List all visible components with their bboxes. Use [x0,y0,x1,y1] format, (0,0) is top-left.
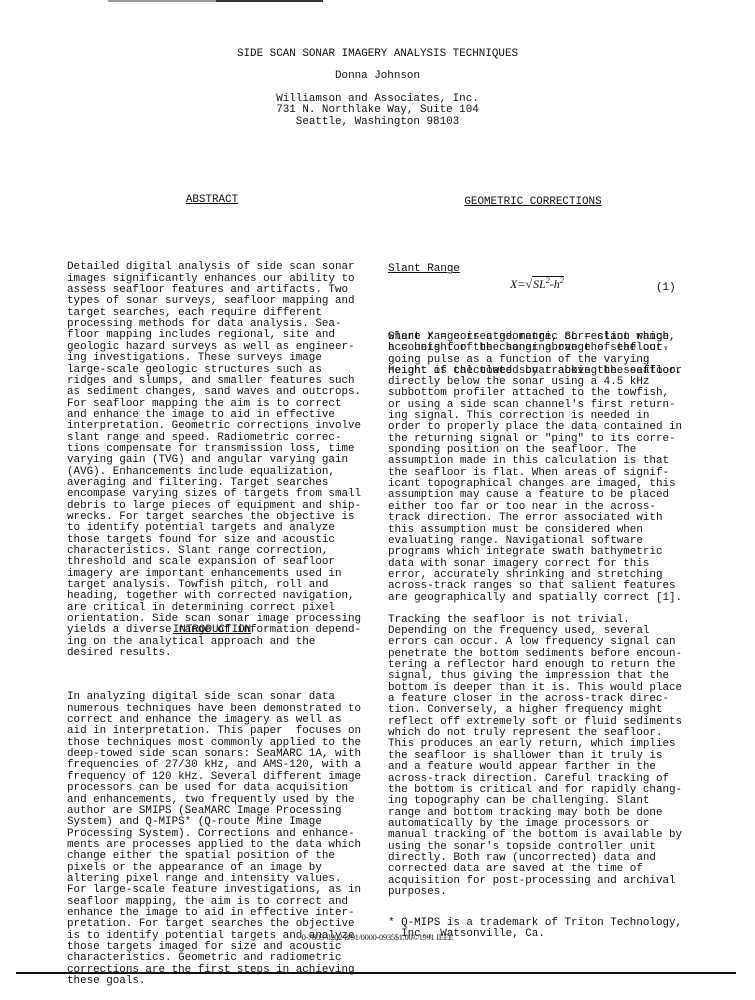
text-line: track direction. The error associated wi… [388,513,688,524]
text-line: as sediment changes, sand waves and outc… [67,387,367,398]
affiliation-line: Seattle, Washington 98103 [0,117,755,128]
text-line: to identify potential targets and analyz… [67,523,367,534]
text-line: these goals. [67,976,367,987]
text-line: characteristics. Geometric and radiometr… [67,953,367,964]
text-line: processors can be used for data acquisit… [67,783,367,794]
text-line: threshold and scale expansion of seafloo… [67,557,367,568]
tracking-paragraph: Tracking the seafloor is not trivial.Dep… [388,592,688,910]
text-line: ing topography can be challenging. Slant [388,796,688,807]
introduction-body: In analyzing digital side scan sonar dat… [67,692,367,987]
text-line: manual tracking of the bottom is availab… [388,830,688,841]
radicand-sl: SL [533,277,546,291]
exponent: 2 [560,276,564,285]
top-rule [108,0,216,2]
bottom-rule [16,972,736,974]
height-text: Height is calculated by tracking the sea… [388,366,688,604]
tracking-text: Tracking the seafloor is not trivial.Dep… [388,615,688,899]
text-line: System) and Q-MIPS* (Q-route Mine Image [67,817,367,828]
geometric-heading: GEOMETRIC CORRECTIONS [464,196,601,208]
affiliation: Williamson and Associates, Inc. 731 N. N… [0,94,755,128]
abstract-section: ABSTRACT Detailed digital analysis of si… [67,172,367,671]
introduction-heading: INTRODUCTION [173,624,251,636]
author-name: Donna Johnson [0,71,755,82]
abstract-heading: ABSTRACT [186,194,238,206]
text-line: change either the spatial position of th… [67,851,367,862]
paper-title: SIDE SCAN SONAR IMAGERY ANALYSIS TECHNIQ… [0,49,755,60]
top-rule-dark [216,0,323,2]
text-line: interpretation. Geometric corrections in… [67,421,367,432]
text-line: encompase varying sizes of targets from … [67,489,367,500]
text-line: corrected data are saved at the time of [388,864,688,875]
slant-range-subheading: Slant Range [388,263,460,275]
text-line: ing investigations. These surveys image [67,353,367,364]
text-line: For large-scale feature investigations, … [67,885,367,896]
text-line: varying gain (TVG) and angular varying g… [67,455,367,466]
footnote: * Q-MIPS is a trademark of Triton Techno… [388,895,688,952]
text-line: across-track ranges so that salient feat… [388,581,688,592]
affiliation-line: 731 N. Northlake Way, Suite 104 [0,105,755,116]
equation-number: (1) [656,283,676,294]
equation-1: X=√SL2-h2 [510,276,564,292]
text-line: programs which integrate swath bathymetr… [388,547,688,558]
text-line: pretation. For target searches the objec… [67,919,367,930]
equation-radicand: SL2-h2 [532,276,564,291]
text-line: and a feature would appear farther in th… [388,762,688,773]
equation-lhs: X= [510,277,525,291]
copyright-line: 0-7803-0202-8/91/0000-0935$1.00©1991 IEE… [0,932,755,942]
height-paragraph: Height is calculated by tracking the sea… [388,343,688,615]
abstract-body: Detailed digital analysis of side scan s… [67,262,367,659]
